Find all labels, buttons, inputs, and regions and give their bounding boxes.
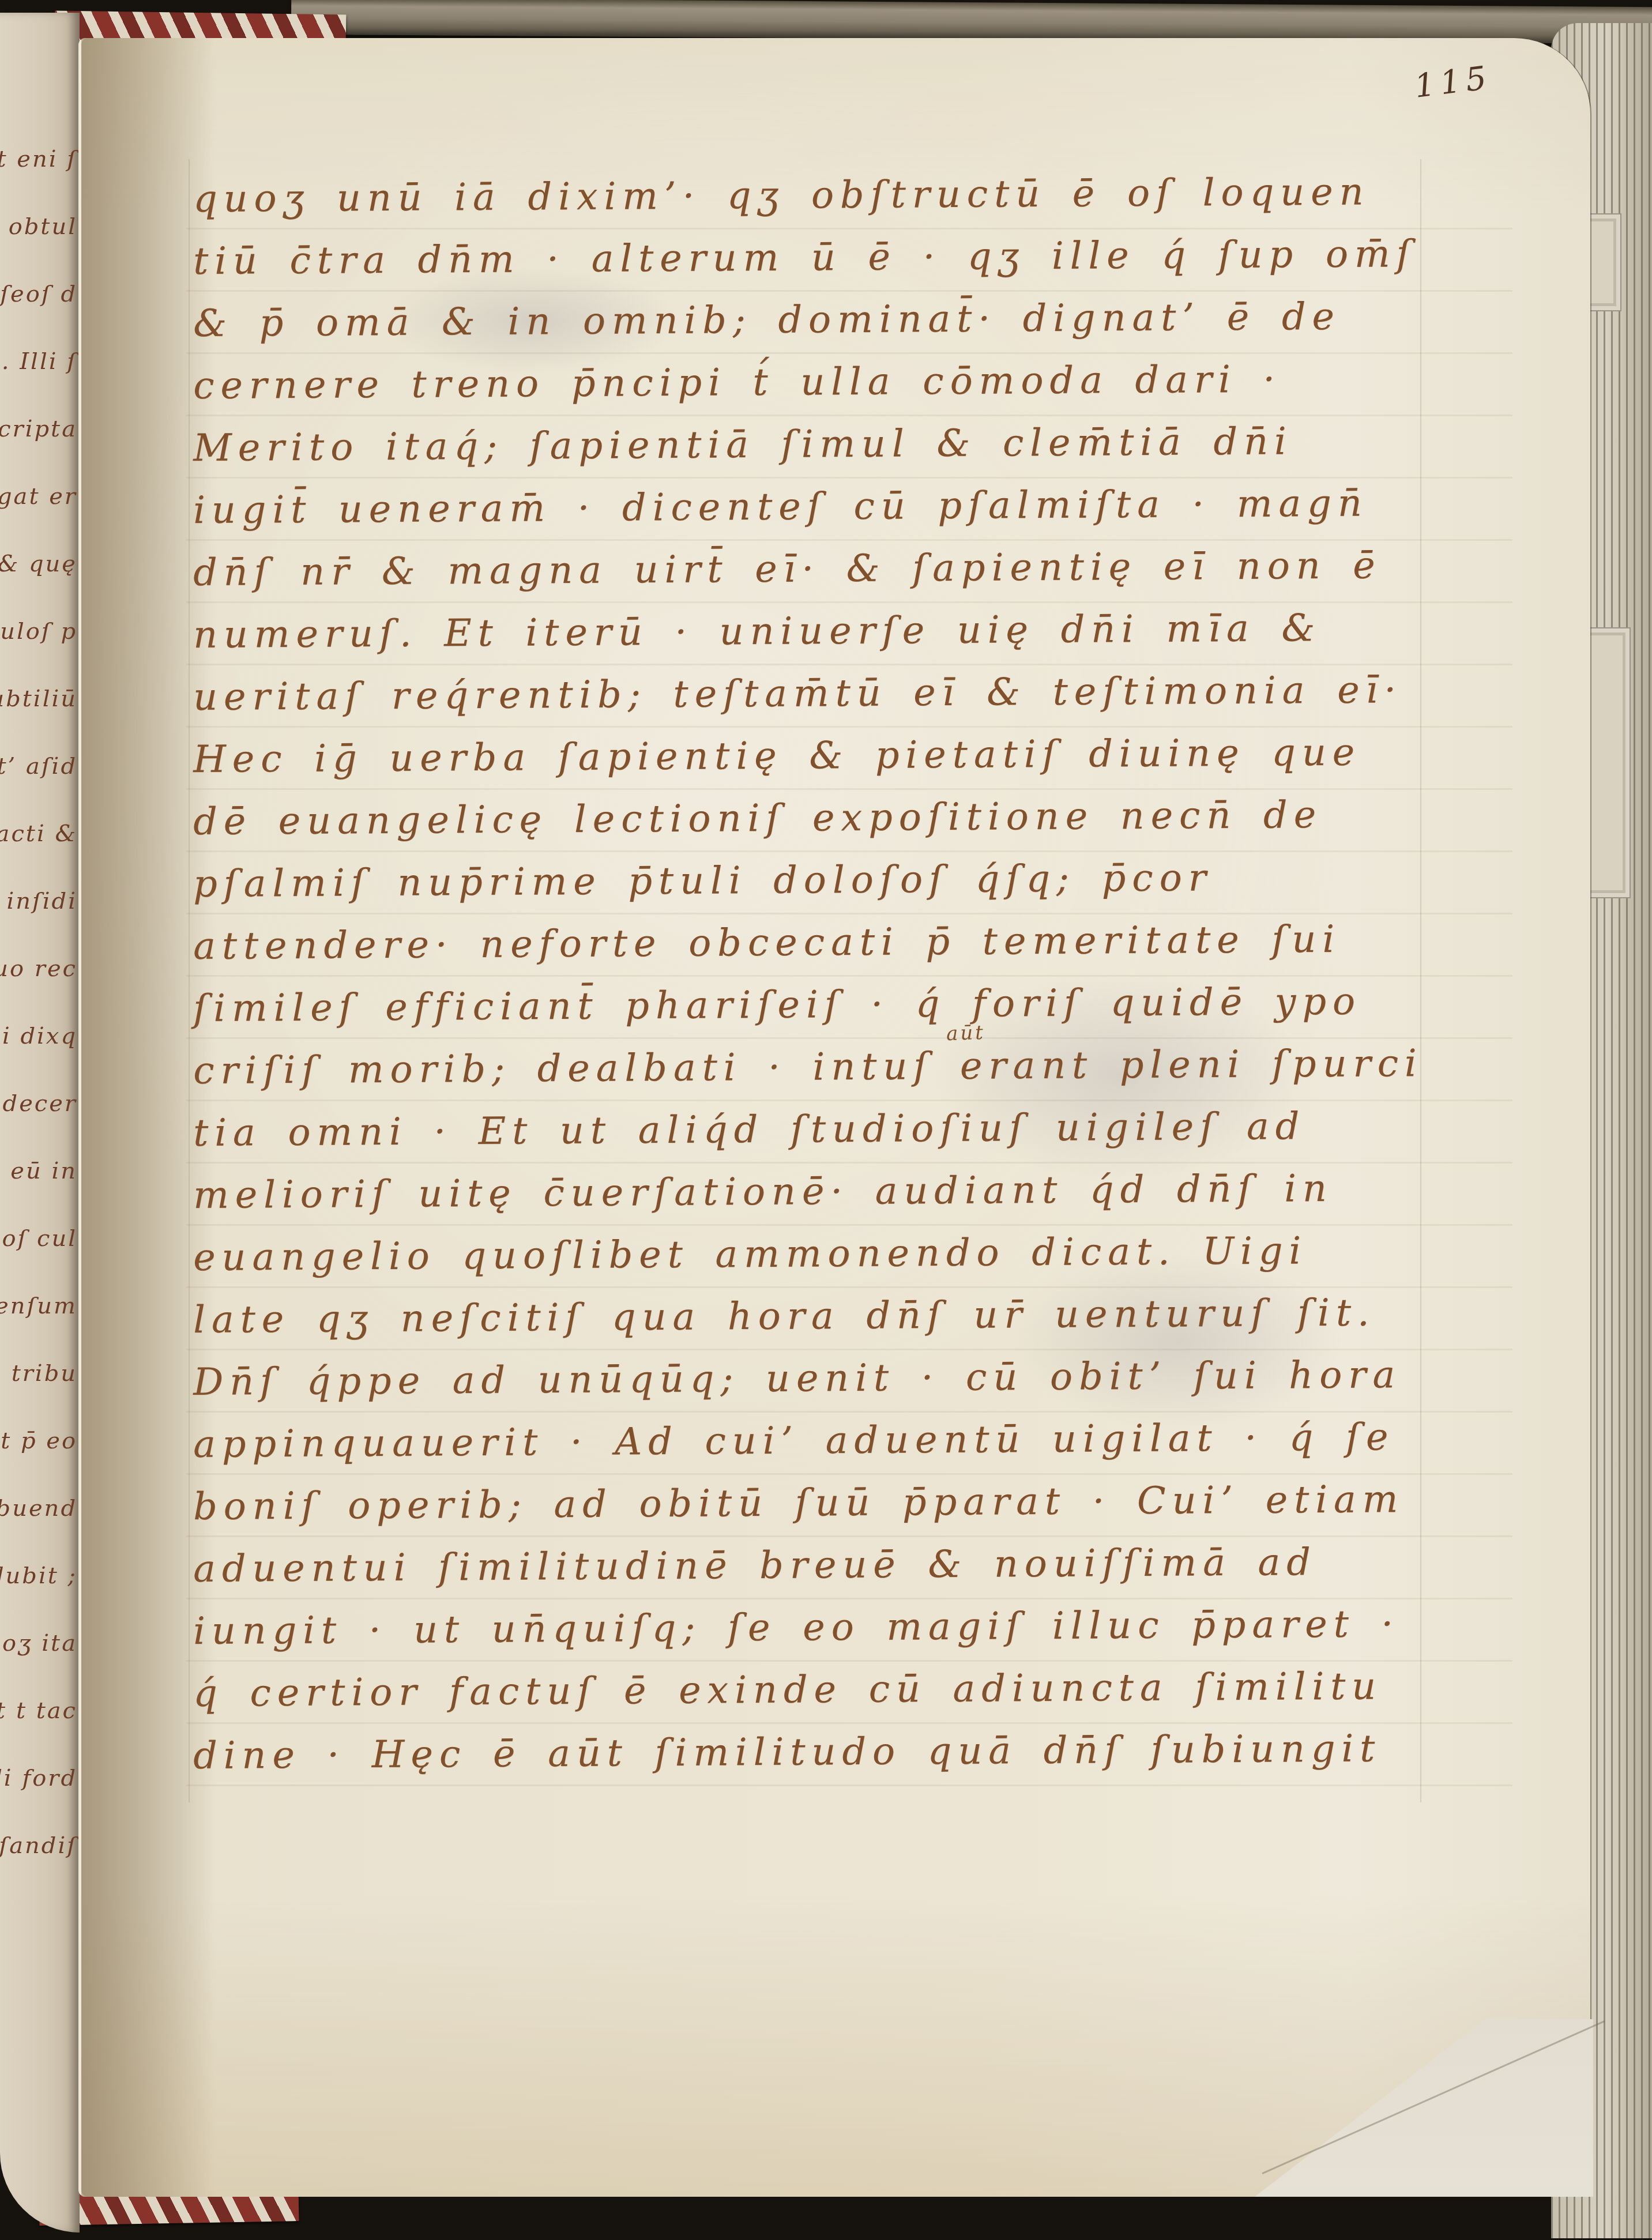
corner-crease — [1255, 2019, 1593, 2197]
left-bounding-line — [189, 159, 190, 1802]
margin-fragment: ſſet t tac — [0, 1677, 80, 1745]
text-line: tia omni · Et ut aliq́d ſtudioſiuſ uigil… — [193, 1094, 1537, 1165]
text-line: appinquauerit · Ad cui’ aduentū uigilat … — [193, 1406, 1537, 1476]
text-line: Hec iḡ uerba ſapientię & pietatiſ diuinę… — [193, 721, 1537, 791]
text-line: late qʒ neſcitiſ qua hora dn̄ſ ur̄ uentu… — [193, 1281, 1537, 1351]
margin-fragment: capi dixq — [0, 1003, 80, 1070]
margin-fragment: iudeoſ cul — [0, 1205, 80, 1273]
margin-fragment: uent’ aſid — [0, 733, 80, 800]
text-line: aduentui ſimilitudinē breuē & nouiſſimā … — [193, 1530, 1537, 1601]
margin-fragment: bant eni ſ — [0, 126, 80, 193]
text-line: cernere treno p̄ncipi t́ ulla cōmoda dar… — [193, 347, 1537, 417]
margin-fragment: ſari tribu — [0, 1340, 80, 1407]
text-line: numeruſ. Et iterū · uniuerſe uię dn̄i mī… — [193, 596, 1537, 667]
interlinear-note: aūt — [946, 1021, 985, 1045]
text-line: q́ certior factuſ ē exinde cū adiuncta ſ… — [193, 1655, 1537, 1725]
folio-number: 115 — [1413, 59, 1494, 106]
book-top-edge — [291, 0, 1652, 44]
margin-fragment: ſubtiliū — [0, 665, 80, 733]
text-line: euangelio quoſlibet ammonendo dicat. Uig… — [193, 1219, 1537, 1289]
text-block: quoʒ unū iā dixim’· qʒ obſtructū ē oſ lo… — [193, 168, 1537, 1787]
margin-fragment: ni cenſum — [0, 1273, 80, 1340]
text-line: ueritaſ req́rentib; teſtam̄tū eī & teſti… — [193, 658, 1537, 729]
margin-fragment: inſcripta — [0, 396, 80, 463]
text-line: Dn̄ſ q́ppe ad unūqūq; uenit · cū obit’ ſ… — [193, 1343, 1537, 1414]
margin-fragment: rent eū in — [0, 1138, 80, 1205]
margin-fragment: ū coʒ ita — [0, 1610, 80, 1677]
text-line: dine · Hęc ē aūt ſimilitudo quā dn̄ſ ſub… — [193, 1717, 1537, 1787]
manuscript-photo: bant eni ſariū obtulhariſeoſ dbat. Illi … — [0, 0, 1652, 2240]
text-line: dn̄ſ nr̄ & magna uirt̄ eī· & ſapientię e… — [193, 534, 1537, 604]
margin-fragment: ent p̄ eo — [0, 1407, 80, 1475]
margin-fragment: hariſeoſ d — [0, 261, 80, 328]
margin-fragment: iq́; inſidi — [0, 868, 80, 935]
margin-fragment: bat. Illi ſ — [0, 328, 80, 396]
facing-page-strip: bant eni ſariū obtulhariſeoſ dbat. Illi … — [0, 13, 80, 2233]
margin-fragment: & redacti — [0, 800, 80, 868]
facing-page-text: bant eni ſariū obtulhariſeoſ dbat. Illi … — [0, 13, 80, 1880]
text-line: attendere· neforte obcecati p̄ temeritat… — [193, 908, 1537, 978]
text-line: iugit̄ ueneram̄ · dicenteſ cū pſalmiſta … — [193, 472, 1537, 542]
margin-fragment: lle decer — [0, 1070, 80, 1138]
margin-fragment: tribuend — [0, 1475, 80, 1542]
text-line: ſimileſ efficiant̄ phariſeiſ · q́ foriſ … — [193, 970, 1537, 1040]
text-line: dē euangelicę lectioniſ expoſitione necn… — [193, 783, 1537, 853]
margin-fragment: ri · & quę — [0, 530, 80, 598]
text-line: boniſ operib; ad obitū ſuū p̄parat · Cui… — [193, 1468, 1537, 1538]
margin-fragment: ariū obtul — [0, 193, 80, 261]
margin-fragment: enſandiſ — [0, 1812, 80, 1880]
text-line: tiū c̄tra dn̄m · alterum ū ē · qʒ ille q… — [193, 223, 1537, 293]
margin-fragment: a duo rec — [0, 935, 80, 1003]
text-line: criſiſ morib; dealbati · intuſ erant ple… — [193, 1032, 1537, 1102]
text-line: quoʒ unū iā dixim’· qʒ obſtructū ē oſ lo… — [193, 160, 1537, 231]
manuscript-page: 115 quoʒ unū iā dixim’· qʒ obſtructū ē o… — [78, 38, 1590, 2197]
margin-fragment: oculoſ p — [0, 598, 80, 665]
text-line: pſalmiſ nup̄rime p̄tuli doloſoſ q́ſq; p̄… — [193, 845, 1537, 916]
text-line: iungit · ut un̄quiſq; ſe eo magiſ illuc … — [193, 1593, 1537, 1663]
margin-fragment: ; n̄ dubit — [0, 1542, 80, 1610]
text-line: Merito itaq́; ſapientiā ſimul & clem̄tiā… — [193, 409, 1537, 480]
text-line: melioriſ uitę c̄uerſationē· audiant q́d … — [193, 1157, 1537, 1227]
text-line: & p̄ omā & in omnib; dominat̄· dignat’ ē… — [193, 285, 1537, 355]
margin-fragment: rogat er — [0, 463, 80, 530]
margin-fragment: e di ford — [0, 1745, 80, 1812]
